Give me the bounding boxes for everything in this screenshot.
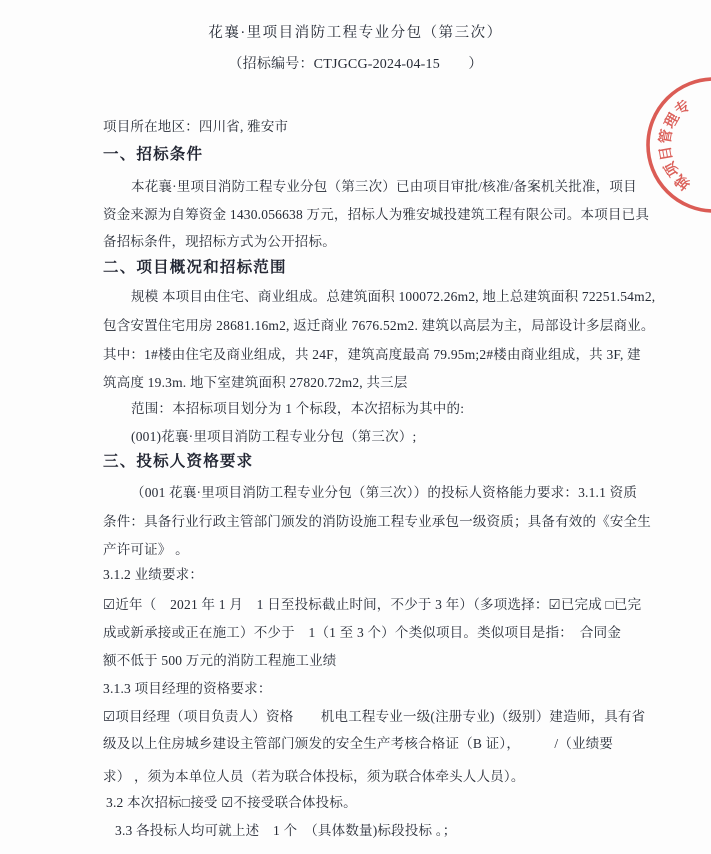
item-3-1-2-heading: 3.1.2 业绩要求： (103, 566, 203, 584)
item-3-2-line: 3.2 本次招标□接受 ☑不接受联合体投标。 (106, 794, 357, 812)
section-2-scale-line: 其中：1#楼由住宅及商业组成，共 24F，建筑高度最高 79.95m;2#楼由商… (103, 346, 641, 364)
section-2-scale-line: 筑高度 19.3m. 地下室建筑面积 27820.72m2, 共三层 (103, 374, 408, 392)
item-3-3-line: 3.3 各投标人均可就上述 1 个 （具体数量)标段投标 。； (115, 822, 456, 840)
achievement-line: 额不低于 500 万元的消防工程施工业绩 (103, 652, 337, 670)
achievement-line: 成或新承接或正在施工）不少于 1（1 至 3 个）个类似项目。类似项目是指： 合… (103, 624, 621, 642)
project-location-line: 项目所在地区：四川省, 雅安市 (103, 118, 288, 136)
qualification-line: （001 花襄·里项目消防工程专业分包（第三次））的投标人资格能力要求：3.1.… (131, 484, 637, 502)
seal-circle-border (648, 79, 711, 211)
qualification-line: 产许可证》 。 (103, 541, 189, 559)
manager-line: ☑项目经理（项目负责人）资格 机电工程专业一级(注册专业)（级别）建造师，具有省 (103, 708, 645, 726)
section-2-lot-line: (001)花襄·里项目消防工程专业分包（第三次）; (131, 428, 417, 446)
achievement-line: ☑近年（ 2021 年 1 月 1 日至投标截止时间，不少于 3 年）（多项选择… (103, 596, 641, 614)
section-2-scale-line: 规模 本项目由住宅、商业组成。总建筑面积 100072.26m2, 地上总建筑面… (131, 288, 655, 306)
qualification-line: 条件：具备行业行政主管部门颁发的消防设施工程专业承包一级资质；具备有效的《安全生 (103, 513, 651, 531)
manager-line: 级及以上住房城乡建设主管部门颁发的安全生产考核合格证（B 证）， /（业绩要 (103, 735, 613, 753)
section-3-heading: 三、投标人资格要求 (103, 453, 253, 471)
section-2-scope-line: 范围：本招标项目划分为 1 个标段，本次招标为其中的: (131, 400, 464, 418)
manager-line: 求） ，须为本单位人员（若为联合体投标，须为联合体牵头人人员）。 (103, 768, 525, 786)
section-2-scale-line: 包含安置住宅用房 28681.16m2, 返迁商业 7676.52m2. 建筑以… (103, 317, 655, 335)
section-1-line: 资金来源为自筹资金 1430.056638 万元，招标人为雅安城投建筑工程有限公… (103, 206, 649, 224)
tender-number-line: （招标编号：CTJGCG-2024-04-15 ） (0, 56, 711, 74)
section-1-line: 本花襄·里项目消防工程专业分包（第三次）已由项目审批/核准/备案机关批准，项目 (131, 178, 637, 196)
section-2-heading: 二、项目概况和招标范围 (103, 259, 287, 277)
scanned-tender-document-page: 花襄·里项目消防工程专业分包（第三次） （招标编号：CTJGCG-2024-04… (0, 0, 711, 854)
red-seal-stamp: 城 项 目 管 理 专 (630, 58, 711, 233)
item-3-1-3-heading: 3.1.3 项目经理的资格要求： (103, 680, 272, 698)
section-1-line: 备招标条件，现招标方式为公开招标。 (103, 233, 336, 251)
page-title: 花襄·里项目消防工程专业分包（第三次） (0, 24, 711, 42)
section-1-heading: 一、招标条件 (103, 146, 203, 164)
seal-character: 目 (657, 145, 676, 162)
